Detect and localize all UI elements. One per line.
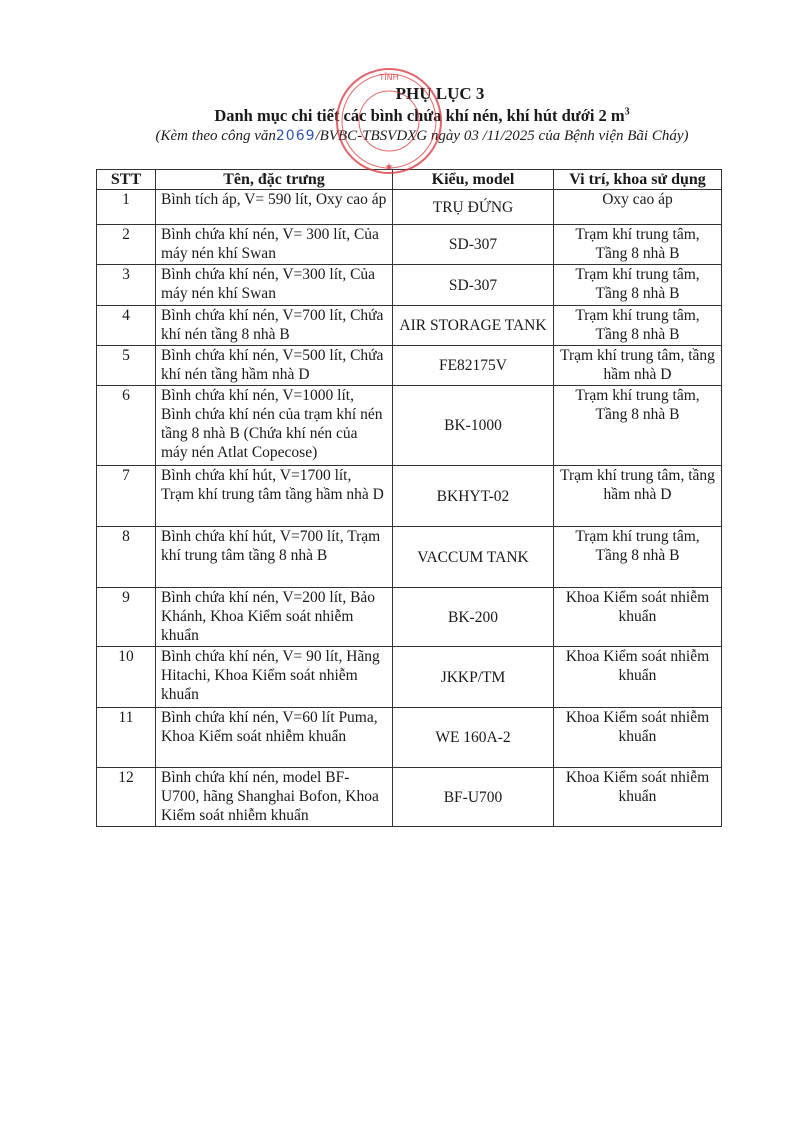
equipment-location: Oxy cao áp (554, 190, 722, 225)
row-number: 8 (97, 527, 156, 588)
column-header-model: Kiểu, model (393, 170, 554, 190)
equipment-model: BK-1000 (393, 386, 554, 466)
ref-prefix: (Kèm theo công văn (155, 128, 275, 144)
row-number: 11 (97, 708, 156, 768)
table-row: 2Bình chứa khí nén, V= 300 lít, Của máy … (97, 225, 722, 265)
row-number: 1 (97, 190, 156, 225)
column-header-name: Tên, đặc trưng (156, 170, 393, 190)
subtitle-text: Danh mục chi tiết các bình chứa khí nén,… (214, 106, 624, 125)
equipment-name: Bình chứa khí nén, V=500 lít, Chứa khí n… (156, 346, 393, 386)
table-row: 4Bình chứa khí nén, V=700 lít, Chứa khí … (97, 306, 722, 346)
equipment-location: Trạm khí trung tâm, tầng hầm nhà D (554, 346, 722, 386)
equipment-location: Trạm khí trung tâm, Tầng 8 nhà B (554, 265, 722, 306)
equipment-model: JKKP/TM (393, 647, 554, 708)
equipment-model: BK-200 (393, 588, 554, 647)
row-number: 9 (97, 588, 156, 647)
table-row: 10Bình chứa khí nén, V= 90 lít, Hãng Hit… (97, 647, 722, 708)
table-row: 5Bình chứa khí nén, V=500 lít, Chứa khí … (97, 346, 722, 386)
equipment-name: Bình chứa khí hút, V=700 lít, Trạm khí t… (156, 527, 393, 588)
equipment-name: Bình chứa khí nén, V= 300 lít, Của máy n… (156, 225, 393, 265)
equipment-name: Bình chứa khí nén, V=60 lít Puma, Khoa K… (156, 708, 393, 768)
ref-suffix: /BVBC-TBSVDXG ngày 03 /11/2025 của Bệnh … (316, 128, 689, 144)
equipment-name: Bình chứa khí nén, V=700 lít, Chứa khí n… (156, 306, 393, 346)
table-row: 6Bình chứa khí nén, V=1000 lít, Bình chứ… (97, 386, 722, 466)
handwritten-number: 2069 (276, 128, 316, 144)
equipment-name: Bình chứa khí nén, model BF-U700, hãng S… (156, 768, 393, 827)
table-row: 12Bình chứa khí nén, model BF-U700, hãng… (97, 768, 722, 827)
column-header-location: Vi trí, khoa sử dụng (554, 170, 722, 190)
row-number: 5 (97, 346, 156, 386)
row-number: 2 (97, 225, 156, 265)
equipment-model: SD-307 (393, 265, 554, 306)
equipment-location: Trạm khí trung tâm, tầng hầm nhà D (554, 466, 722, 527)
equipment-model: SD-307 (393, 225, 554, 265)
svg-text:TỈNH: TỈNH (378, 71, 398, 82)
equipment-location: Trạm khí trung tâm, Tầng 8 nhà B (554, 527, 722, 588)
equipment-name: Bình chứa khí nén, V=300 lít, Của máy né… (156, 265, 393, 306)
equipment-model: BF-U700 (393, 768, 554, 827)
reference-line: (Kèm theo công văn2069/BVBC-TBSVDXG ngày… (22, 128, 800, 145)
equipment-model: VACCUM TANK (393, 527, 554, 588)
table-row: 9Bình chứa khí nén, V=200 lít, Bảo Khánh… (97, 588, 722, 647)
table-header-row: STT Tên, đặc trưng Kiểu, model Vi trí, k… (97, 170, 722, 190)
row-number: 7 (97, 466, 156, 527)
equipment-location: Khoa Kiểm soát nhiễm khuẩn (554, 708, 722, 768)
equipment-name: Bình chứa khí hút, V=1700 lít, Trạm khí … (156, 466, 393, 527)
table-row: 1Bình tích áp, V= 590 lít, Oxy cao ápTRỤ… (97, 190, 722, 225)
equipment-name: Bình chứa khí nén, V=200 lít, Bảo Khánh,… (156, 588, 393, 647)
equipment-model: AIR STORAGE TANK (393, 306, 554, 346)
row-number: 6 (97, 386, 156, 466)
equipment-location: Trạm khí trung tâm, Tầng 8 nhà B (554, 386, 722, 466)
equipment-model: FE82175V (393, 346, 554, 386)
equipment-model: BKHYT-02 (393, 466, 554, 527)
equipment-location: Khoa Kiểm soát nhiễm khuẩn (554, 647, 722, 708)
equipment-location: Khoa Kiểm soát nhiễm khuẩn (554, 768, 722, 827)
subtitle-superscript: 3 (625, 107, 630, 118)
column-header-stt: STT (97, 170, 156, 190)
equipment-name: Bình tích áp, V= 590 lít, Oxy cao áp (156, 190, 393, 225)
row-number: 4 (97, 306, 156, 346)
table-row: 8Bình chứa khí hút, V=700 lít, Trạm khí … (97, 527, 722, 588)
table-row: 3Bình chứa khí nén, V=300 lít, Của máy n… (97, 265, 722, 306)
row-number: 3 (97, 265, 156, 306)
table-row: 7Bình chứa khí hút, V=1700 lít, Trạm khí… (97, 466, 722, 527)
equipment-name: Bình chứa khí nén, V=1000 lít, Bình chứa… (156, 386, 393, 466)
equipment-location: Trạm khí trung tâm, Tầng 8 nhà B (554, 225, 722, 265)
row-number: 12 (97, 768, 156, 827)
equipment-model: TRỤ ĐỨNG (393, 190, 554, 225)
equipment-table: STT Tên, đặc trưng Kiểu, model Vi trí, k… (96, 169, 722, 827)
row-number: 10 (97, 647, 156, 708)
equipment-name: Bình chứa khí nén, V= 90 lít, Hãng Hitac… (156, 647, 393, 708)
equipment-location: Khoa Kiểm soát nhiễm khuẩn (554, 588, 722, 647)
equipment-model: WE 160A-2 (393, 708, 554, 768)
document-subtitle: Danh mục chi tiết các bình chứa khí nén,… (22, 106, 800, 126)
equipment-location: Trạm khí trung tâm, Tầng 8 nhà B (554, 306, 722, 346)
appendix-title: PHỤ LỤC 3 (40, 84, 800, 104)
table-row: 11Bình chứa khí nén, V=60 lít Puma, Khoa… (97, 708, 722, 768)
